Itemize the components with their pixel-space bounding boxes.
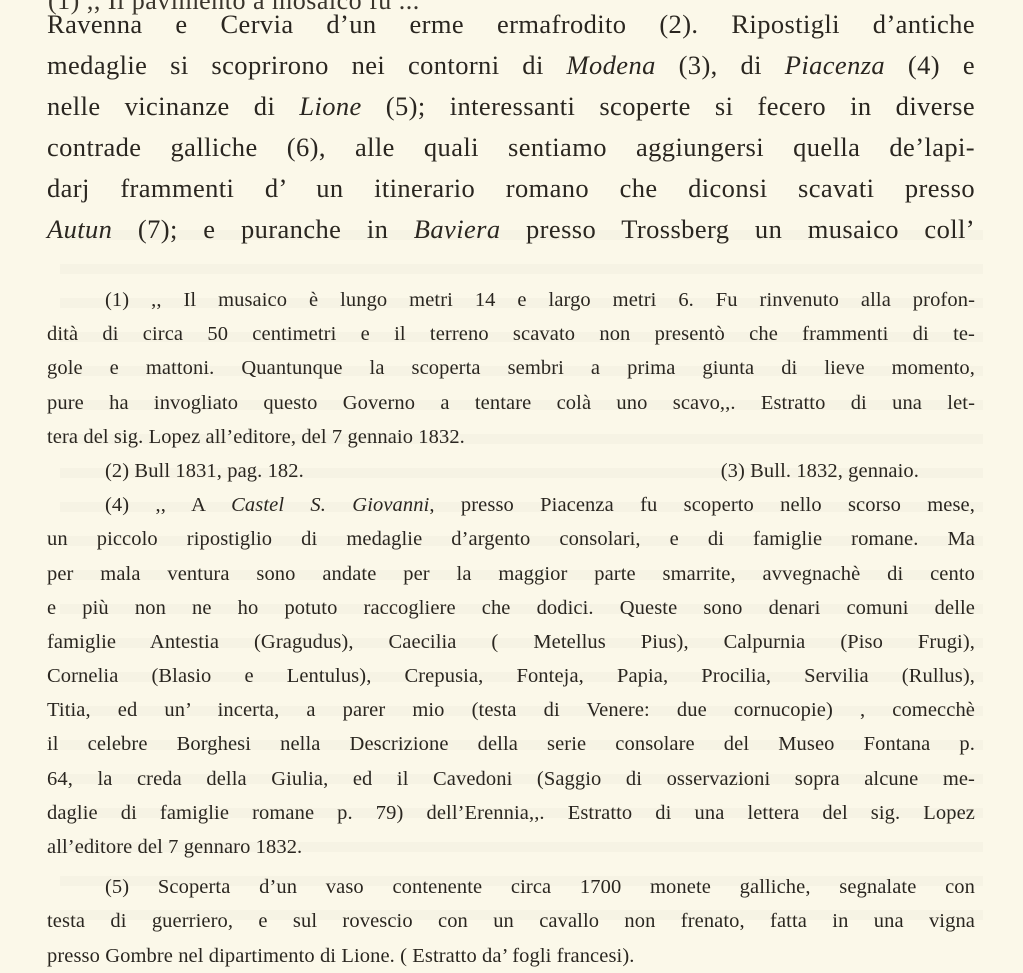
footnote-4-line: un piccolo ripostiglio di medaglie d’arg… [47,522,975,556]
footnote-5-line: (5) Scoperta d’un vaso contenente circa … [47,870,975,904]
place-name-modena: Modena [567,50,656,80]
footnote-4-line: il celebre Borghesi nella Descrizione de… [47,727,975,761]
footnote-5-line: testa di guerriero, e sul rovescio con u… [47,904,975,938]
body-text-span: presso Trossberg un musaico coll’ [500,214,975,244]
footnote-4-line: all’editore del 7 gennaro 1832. [47,830,975,864]
body-text-span: medaglie si scoprirono nei contorni di [47,50,567,80]
place-name-baviera: Baviera [414,214,501,244]
footnote-4-line: daglie di famiglie romane p. 79) dell’Er… [47,796,975,830]
footnote-4-line: Cornelia (Blasio e Lentulus), Crepusia, … [47,659,975,693]
footnote-4-line: e più non ne ho potuto raccogliere che d… [47,591,975,625]
footnote-ref-3: (3), di [656,50,785,80]
place-name-piacenza: Piacenza [785,50,885,80]
footnote-1-line: tera del sig. Lopez all’editore, del 7 g… [47,420,975,454]
place-name-castel-s-giovanni: Castel S. Giovanni [231,494,429,516]
body-line-1: Ravenna e Cervia d’un erme ermafrodito (… [47,4,975,45]
body-text-span: Ravenna e Cervia d’un erme ermafrodito (… [47,9,975,39]
footnotes-2-3-row: (2) Bull 1831, pag. 182. (3) Bull. 1832,… [47,454,975,488]
footnote-2: (2) Bull 1831, pag. 182. [105,454,304,488]
body-text-span: (5); interessanti scoperte si fecero in … [362,91,975,121]
place-name-lione: Lione [299,91,361,121]
body-text-span: contrade galliche (6), alle quali sentia… [47,132,975,162]
body-text-span: nelle vicinanze di [47,91,299,121]
footnote-4-first-line: (4) ,, A Castel S. Giovanni, presso Piac… [47,488,975,522]
body-line-4: contrade galliche (6), alle quali sentia… [47,127,975,168]
footnote-3: (3) Bull. 1832, gennaio. [721,454,919,488]
footnote-4-line: 64, la creda della Giulia, ed il Cavedon… [47,762,975,796]
footnote-4-line: famiglie Antestia (Gragudus), Caecilia (… [47,625,975,659]
body-line-6: Autun (7); e puranche in Baviera presso … [47,209,975,250]
footnote-1-line: dità di circa 50 centimetri e il terreno… [47,317,975,351]
footnote-1-line: pure ha invogliato questo Governo a tent… [47,386,975,420]
footnote-4-line: Titia, ed un’ incerta, a parer mio (test… [47,693,975,727]
footnotes: (1) ,, Il musaico è lungo metri 14 e lar… [47,283,975,973]
body-text-span: darj frammenti d’ un itinerario romano c… [47,173,975,203]
footnote-1-line: gole e mattoni. Quantunque la scoperta s… [47,351,975,385]
footnote-ref-4: (4) e [885,50,975,80]
body-line-3: nelle vicinanze di Lione (5); interessan… [47,86,975,127]
footnote-4-text: , presso Piacenza fu scoperto nello scor… [429,494,975,516]
footnote-1-line: (1) ,, Il musaico è lungo metri 14 e lar… [47,283,975,317]
main-body-text: Ravenna e Cervia d’un erme ermafrodito (… [47,4,975,250]
body-line-5: darj frammenti d’ un itinerario romano c… [47,168,975,209]
scanned-book-page: (1) ,, Il pavimento a mosaico fu ... Rav… [0,0,1023,973]
footnote-5-line: presso Gombre nel dipartimento di Lione.… [47,939,975,973]
body-text-span: (7); e puranche in [112,214,413,244]
footnote-4-marker: (4) ,, A [105,494,231,516]
body-line-2: medaglie si scoprirono nei contorni di M… [47,45,975,86]
footnote-4-line: per mala ventura sono andate per la magg… [47,557,975,591]
place-name-autun: Autun [47,214,112,244]
